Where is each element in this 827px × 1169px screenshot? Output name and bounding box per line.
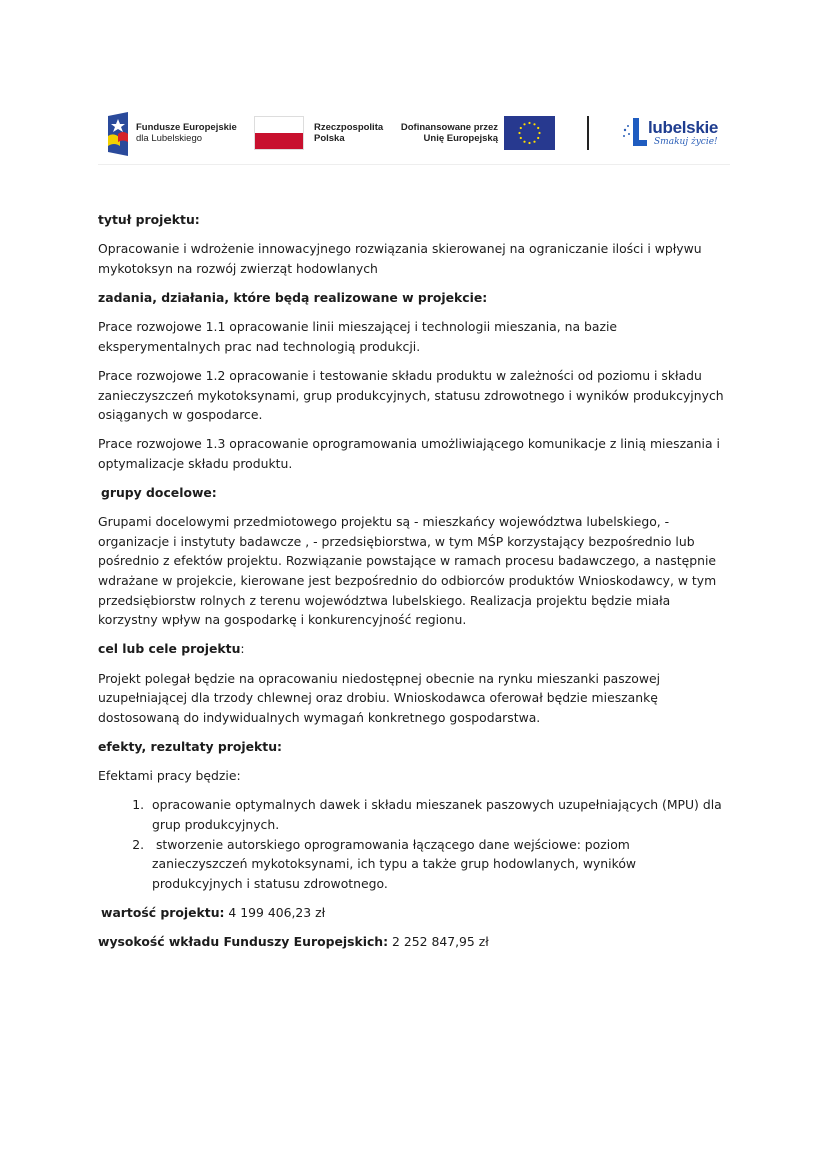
tasks-label: zadania, działania, które będą realizowa… bbox=[98, 288, 728, 308]
fundusze-europejskie-logo: Fundusze Europejskie dla Lubelskiego bbox=[98, 106, 248, 158]
value-amount: 4 199 406,23 zł bbox=[224, 905, 325, 920]
fundusze-line1: Fundusze Europejskie bbox=[136, 122, 237, 133]
fundusze-europejskie-icon bbox=[106, 112, 130, 156]
task-item: Prace rozwojowe 1.3 opracowanie oprogram… bbox=[98, 434, 728, 473]
lubelskie-title: lubelskie bbox=[648, 118, 718, 138]
effect-item: stworzenie autorskiego oprogramowania łą… bbox=[148, 835, 728, 894]
goals-text: Projekt polegał będzie na opracowaniu ni… bbox=[98, 669, 728, 728]
effect-item: opracowanie optymalnych dawek i składu m… bbox=[148, 795, 728, 834]
polish-flag-icon bbox=[254, 116, 304, 150]
dofinansowane-ue-logo: Dofinansowane przez Unię Europejską bbox=[400, 106, 560, 158]
goals-colon: : bbox=[240, 641, 244, 656]
logo-bar: Fundusze Europejskie dla Lubelskiego Rze… bbox=[98, 106, 730, 165]
effects-label: efekty, rezultaty projektu: bbox=[98, 737, 728, 757]
rzeczpospolita-polska-logo: Rzeczpospolita Polska bbox=[254, 106, 394, 158]
eu-contribution-label: wysokość wkładu Funduszy Europejskich: bbox=[98, 934, 388, 949]
eu-flag-icon bbox=[504, 116, 555, 150]
rp-line2: Polska bbox=[314, 133, 383, 144]
lubelskie-tagline: Smakuj życie! bbox=[654, 137, 718, 147]
fundusze-line2: dla Lubelskiego bbox=[136, 133, 237, 144]
eu-contribution-amount: 2 252 847,95 zł bbox=[388, 934, 489, 949]
logo-divider bbox=[587, 116, 589, 150]
groups-text: Grupami docelowymi przedmiotowego projek… bbox=[98, 512, 728, 630]
title-text: Opracowanie i wdrożenie innowacyjnego ro… bbox=[98, 239, 728, 278]
lubelskie-l-icon bbox=[622, 116, 648, 148]
eu-contribution: wysokość wkładu Funduszy Europejskich: 2… bbox=[98, 932, 728, 952]
rp-line1: Rzeczpospolita bbox=[314, 122, 383, 133]
ue-line2: Unię Europejską bbox=[400, 133, 498, 144]
task-item: Prace rozwojowe 1.2 opracowanie i testow… bbox=[98, 366, 728, 425]
lubelskie-logo: lubelskie Smakuj życie! bbox=[618, 106, 730, 158]
ue-line1: Dofinansowane przez bbox=[400, 122, 498, 133]
document-body: tytuł projektu: Opracowanie i wdrożenie … bbox=[98, 210, 728, 961]
groups-label: grupy docelowe: bbox=[98, 483, 728, 503]
goals-heading: cel lub cele projektu: bbox=[98, 639, 728, 659]
task-item: Prace rozwojowe 1.1 opracowanie linii mi… bbox=[98, 317, 728, 356]
value-label: wartość projektu: bbox=[101, 905, 224, 920]
goals-label: cel lub cele projektu bbox=[98, 641, 240, 656]
title-label: tytuł projektu: bbox=[98, 210, 728, 230]
project-value: wartość projektu: 4 199 406,23 zł bbox=[98, 903, 728, 923]
effects-list: opracowanie optymalnych dawek i składu m… bbox=[98, 795, 728, 893]
effects-intro: Efektami pracy będzie: bbox=[98, 766, 728, 786]
